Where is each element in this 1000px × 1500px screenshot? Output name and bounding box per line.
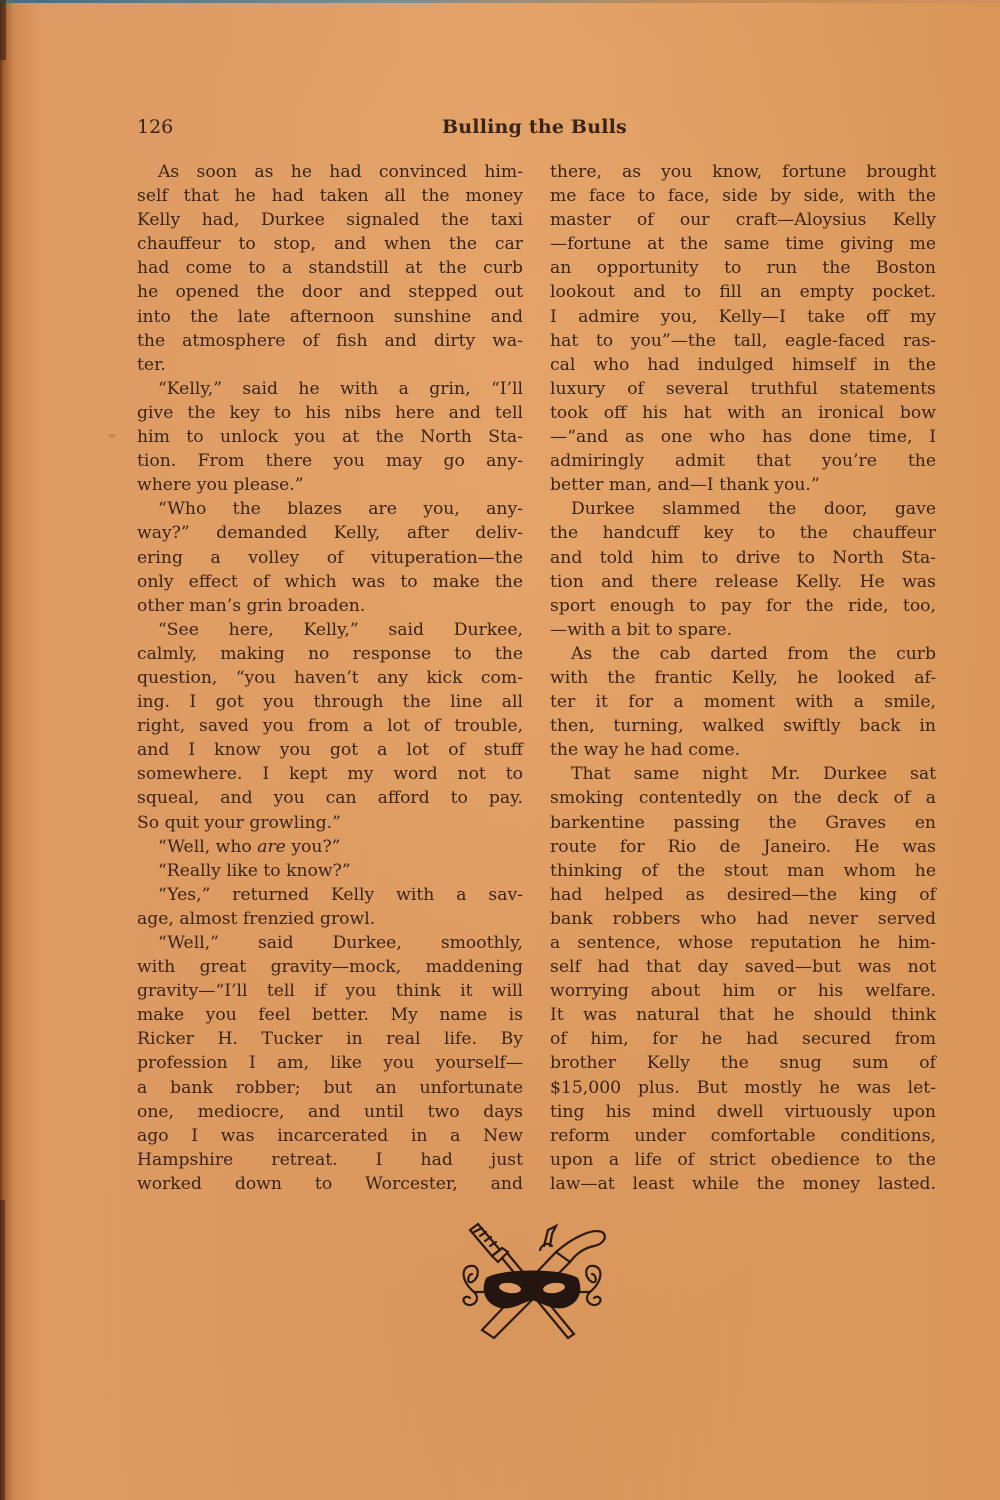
text-line: “Really like to know?”	[137, 859, 523, 883]
text-line: the atmosphere of fish and dirty wa-	[137, 329, 523, 353]
text-line: of him, for he had secured from	[550, 1027, 936, 1051]
text-line: calmly, making no response to the	[137, 642, 523, 666]
text-line: with the frantic Kelly, he looked af-	[550, 666, 936, 690]
text-line: worked down to Worcester, and	[137, 1172, 523, 1196]
text-line: and told him to drive to North Sta-	[550, 546, 936, 570]
book-page: 126 Bulling the Bulls As soon as he had …	[0, 0, 1000, 1500]
text-line: Ricker H. Tucker in real life. By	[137, 1027, 523, 1051]
text-line: lookout and to fill an empty pocket.	[550, 280, 936, 304]
emphasis: are	[257, 837, 286, 857]
text-line: tion and there release Kelly. He was	[550, 570, 936, 594]
text-line: the handcuff key to the chauffeur	[550, 521, 936, 545]
text-line: —“and as one who has done time, I	[550, 425, 936, 449]
text-line: “Who the blazes are you, any-	[137, 497, 523, 521]
text-line: Durkee slammed the door, gave	[550, 497, 936, 521]
text-line: admiringly admit that you’re the	[550, 449, 936, 473]
text-line: ing. I got you through the line all	[137, 690, 523, 714]
text-line: other man’s grin broaden.	[137, 594, 523, 618]
text-line: Kelly had, Durkee signaled the taxi	[137, 208, 523, 232]
page-number: 126	[137, 116, 173, 138]
text-line: cal who had indulged himself in the	[550, 353, 936, 377]
text-line: one, mediocre, and until two days	[137, 1100, 523, 1124]
text-line: It was natural that he should think	[550, 1003, 936, 1027]
page-mark	[108, 434, 116, 437]
text-line: with great gravity—mock, maddening	[137, 955, 523, 979]
text-line: So quit your growling.”	[137, 811, 523, 835]
text-line: took off his hat with an ironical bow	[550, 401, 936, 425]
text-line: ago I was incarcerated in a New	[137, 1124, 523, 1148]
binding-edge	[0, 1200, 5, 1500]
text-line: “Yes,” returned Kelly with a sav-	[137, 883, 523, 907]
text-line: upon a life of strict obedience to the	[550, 1148, 936, 1172]
running-head: Bulling the Bulls	[442, 116, 627, 138]
text-line: had come to a standstill at the curb	[137, 256, 523, 280]
text-line: profession I am, like you yourself—	[137, 1051, 523, 1075]
page-header: 126 Bulling the Bulls	[137, 112, 937, 142]
text-line: As soon as he had convinced him-	[137, 160, 523, 184]
text-line: him to unlock you at the North Sta-	[137, 425, 523, 449]
right-column: there, as you know, fortune broughtme fa…	[550, 160, 936, 1196]
text-line: law—at least while the money lasted.	[550, 1172, 936, 1196]
text-line: That same night Mr. Durkee sat	[550, 762, 936, 786]
text-line: smoking contentedly on the deck of a	[550, 786, 936, 810]
text-line: worrying about him or his welfare.	[550, 979, 936, 1003]
text-line: somewhere. I kept my word not to	[137, 762, 523, 786]
text-line: ting his mind dwell virtuously upon	[550, 1100, 936, 1124]
text-line: bank robbers who had never served	[550, 907, 936, 931]
text-line: thinking of the stout man whom he	[550, 859, 936, 883]
text-line: sport enough to pay for the ride, too,	[550, 594, 936, 618]
text-line: reform under comfortable conditions,	[550, 1124, 936, 1148]
text-line: then, turning, walked swiftly back in	[550, 714, 936, 738]
text-line: right, saved you from a lot of trouble,	[137, 714, 523, 738]
text-line: tion. From there you may go any-	[137, 449, 523, 473]
text-line: Hampshire retreat. I had just	[137, 1148, 523, 1172]
binding-edge	[0, 0, 6, 60]
left-column: As soon as he had convinced him-self tha…	[137, 160, 523, 1196]
text-line: a bank robber; but an unfortunate	[137, 1076, 523, 1100]
text-line: where you please.”	[137, 473, 523, 497]
text-line: “Well, who are you?”	[137, 835, 523, 859]
text-line: make you feel better. My name is	[137, 1003, 523, 1027]
text-line: age, almost frenzied growl.	[137, 907, 523, 931]
text-line: $15,000 plus. But mostly he was let-	[550, 1076, 936, 1100]
text-line: As the cab darted from the curb	[550, 642, 936, 666]
text-line: master of our craft—Aloysius Kelly	[550, 208, 936, 232]
text-line: me face to face, side by side, with the	[550, 184, 936, 208]
text-line: gravity—“I’ll tell if you think it will	[137, 979, 523, 1003]
text-line: and I know you got a lot of stuff	[137, 738, 523, 762]
text-line: only effect of which was to make the	[137, 570, 523, 594]
text-line: had helped as desired—the king of	[550, 883, 936, 907]
text-line: “Well,” said Durkee, smoothly,	[137, 931, 523, 955]
text-line: “Kelly,” said he with a grin, “I’ll	[137, 377, 523, 401]
text-line: luxury of several truthful statements	[550, 377, 936, 401]
text-line: I admire you, Kelly—I take off my	[550, 305, 936, 329]
text-line: into the late afternoon sunshine and	[137, 305, 523, 329]
mask-dagger-pistol-icon	[452, 1222, 612, 1342]
text-line: squeal, and you can afford to pay.	[137, 786, 523, 810]
text-line: give the key to his nibs here and tell	[137, 401, 523, 425]
text-line: there, as you know, fortune brought	[550, 160, 936, 184]
text-line: ter it for a moment with a smile,	[550, 690, 936, 714]
text-line: “See here, Kelly,” said Durkee,	[137, 618, 523, 642]
text-line: the way he had come.	[550, 738, 936, 762]
text-line: —fortune at the same time giving me	[550, 232, 936, 256]
text-line: a sentence, whose reputation he him-	[550, 931, 936, 955]
text-line: barkentine passing the Graves en	[550, 811, 936, 835]
text-line: brother Kelly the snug sum of	[550, 1051, 936, 1075]
text-line: self had that day saved—but was not	[550, 955, 936, 979]
text-line: hat to you”—the tall, eagle-faced ras-	[550, 329, 936, 353]
text-line: self that he had taken all the money	[137, 184, 523, 208]
text-line: an opportunity to run the Boston	[550, 256, 936, 280]
text-line: ter.	[137, 353, 523, 377]
text-line: question, “you haven’t any kick com-	[137, 666, 523, 690]
text-line: better man, and—I thank you.”	[550, 473, 936, 497]
scan-edge	[0, 0, 1000, 3]
text-line: ering a volley of vituperation—the	[137, 546, 523, 570]
text-line: route for Rio de Janeiro. He was	[550, 835, 936, 859]
text-line: way?” demanded Kelly, after deliv-	[137, 521, 523, 545]
text-line: chauffeur to stop, and when the car	[137, 232, 523, 256]
text-line: —with a bit to spare.	[550, 618, 936, 642]
text-line: he opened the door and stepped out	[137, 280, 523, 304]
